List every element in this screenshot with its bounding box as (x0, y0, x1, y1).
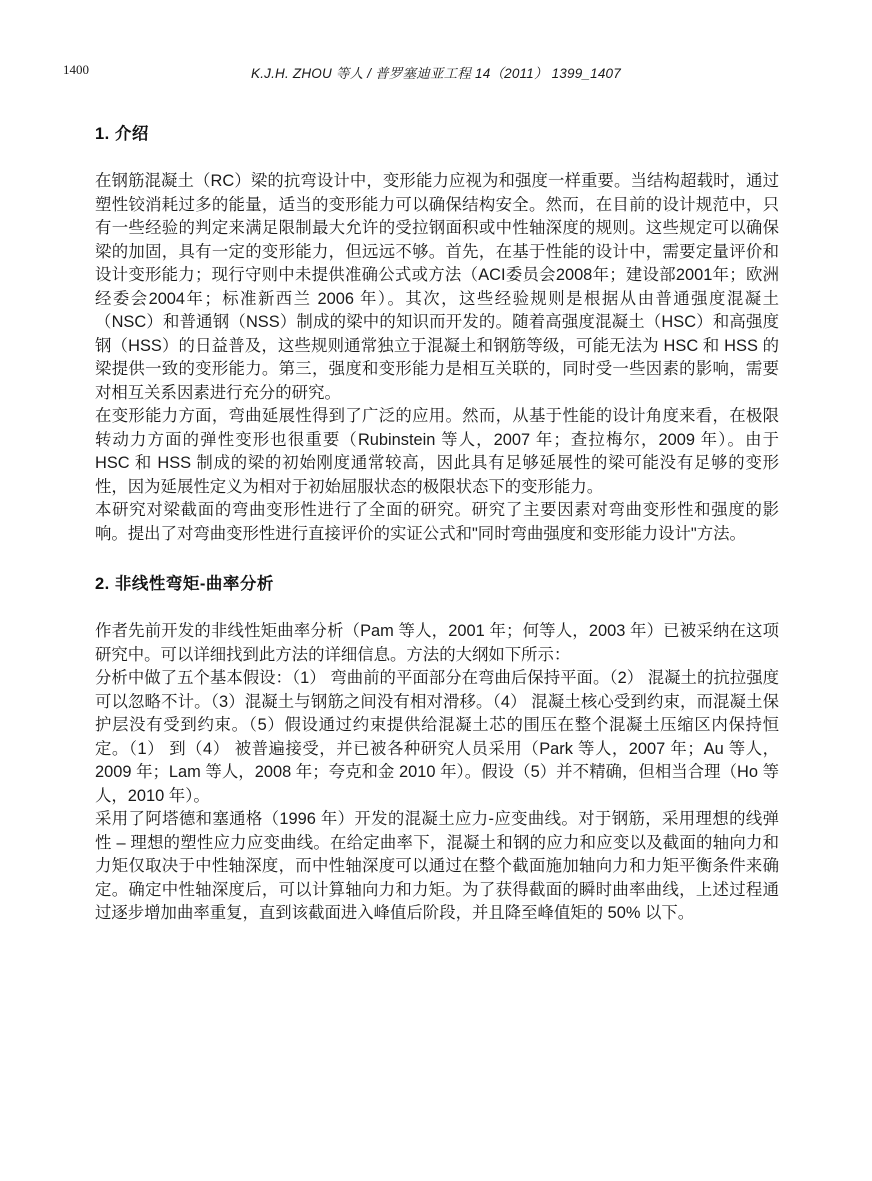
section-1-paragraph-1: 在钢筋混凝土（RC）梁的抗弯设计中，变形能力应视为和强度一样重要。当结构超载时，… (95, 170, 779, 405)
section-1-paragraph-3: 本研究对梁截面的弯曲变形性进行了全面的研究。研究了主要因素对弯曲变形性和强度的影… (95, 499, 779, 546)
section-2-heading: 2. 非线性弯矩-曲率分析 (95, 570, 779, 594)
page-header: 1400 K.J.H. ZHOU 等人 / 普罗塞迪亚工程 14（2011） 1… (0, 62, 872, 82)
section-2-paragraph-1: 作者先前开发的非线性矩曲率分析（Pam 等人，2001 年；何等人，2003 年… (95, 620, 779, 667)
section-1-heading: 1. 介绍 (95, 120, 779, 144)
section-1-paragraph-2: 在变形能力方面，弯曲延展性得到了广泛的应用。然而，从基于性能的设计角度来看，在极… (95, 405, 779, 499)
section-2-paragraph-2: 分析中做了五个基本假设：（1） 弯曲前的平面部分在弯曲后保持平面。（2） 混凝土… (95, 667, 779, 808)
page-content: 1. 介绍 在钢筋混凝土（RC）梁的抗弯设计中，变形能力应视为和强度一样重要。当… (95, 120, 779, 926)
section-2-paragraph-3: 采用了阿塔德和塞通格（1996 年）开发的混凝土应力-应变曲线。对于钢筋，采用理… (95, 808, 779, 926)
document-page: 1400 K.J.H. ZHOU 等人 / 普罗塞迪亚工程 14（2011） 1… (0, 0, 872, 1181)
running-header: K.J.H. ZHOU 等人 / 普罗塞迪亚工程 14（2011） 1399_1… (0, 62, 872, 82)
